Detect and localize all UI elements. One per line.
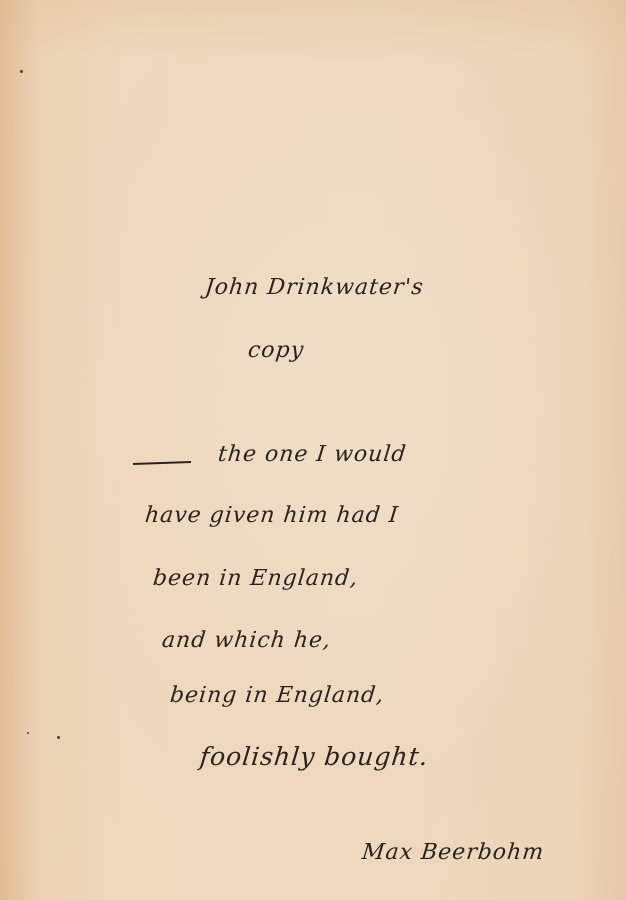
inscription-line-7: being in England, [169,683,386,708]
paper-speck [20,70,23,73]
inscription-line-8: foolishly bought. [198,742,430,771]
inscription-line-4: have given him had I [144,503,400,528]
paper-speck [57,736,60,739]
inscription-dash [133,461,191,465]
inscription-line-1: John Drinkwater's [204,275,425,300]
inscription-line-2: copy [247,338,306,363]
inscription-line-3: the one I would [217,442,408,467]
inscription-line-5: been in England, [152,566,360,591]
inscription-line-6: and which he, [161,628,333,653]
inscription-page: John Drinkwater's copy the one I would h… [0,0,626,900]
signature: Max Beerbohm [361,840,546,865]
paper-speck [27,732,29,734]
